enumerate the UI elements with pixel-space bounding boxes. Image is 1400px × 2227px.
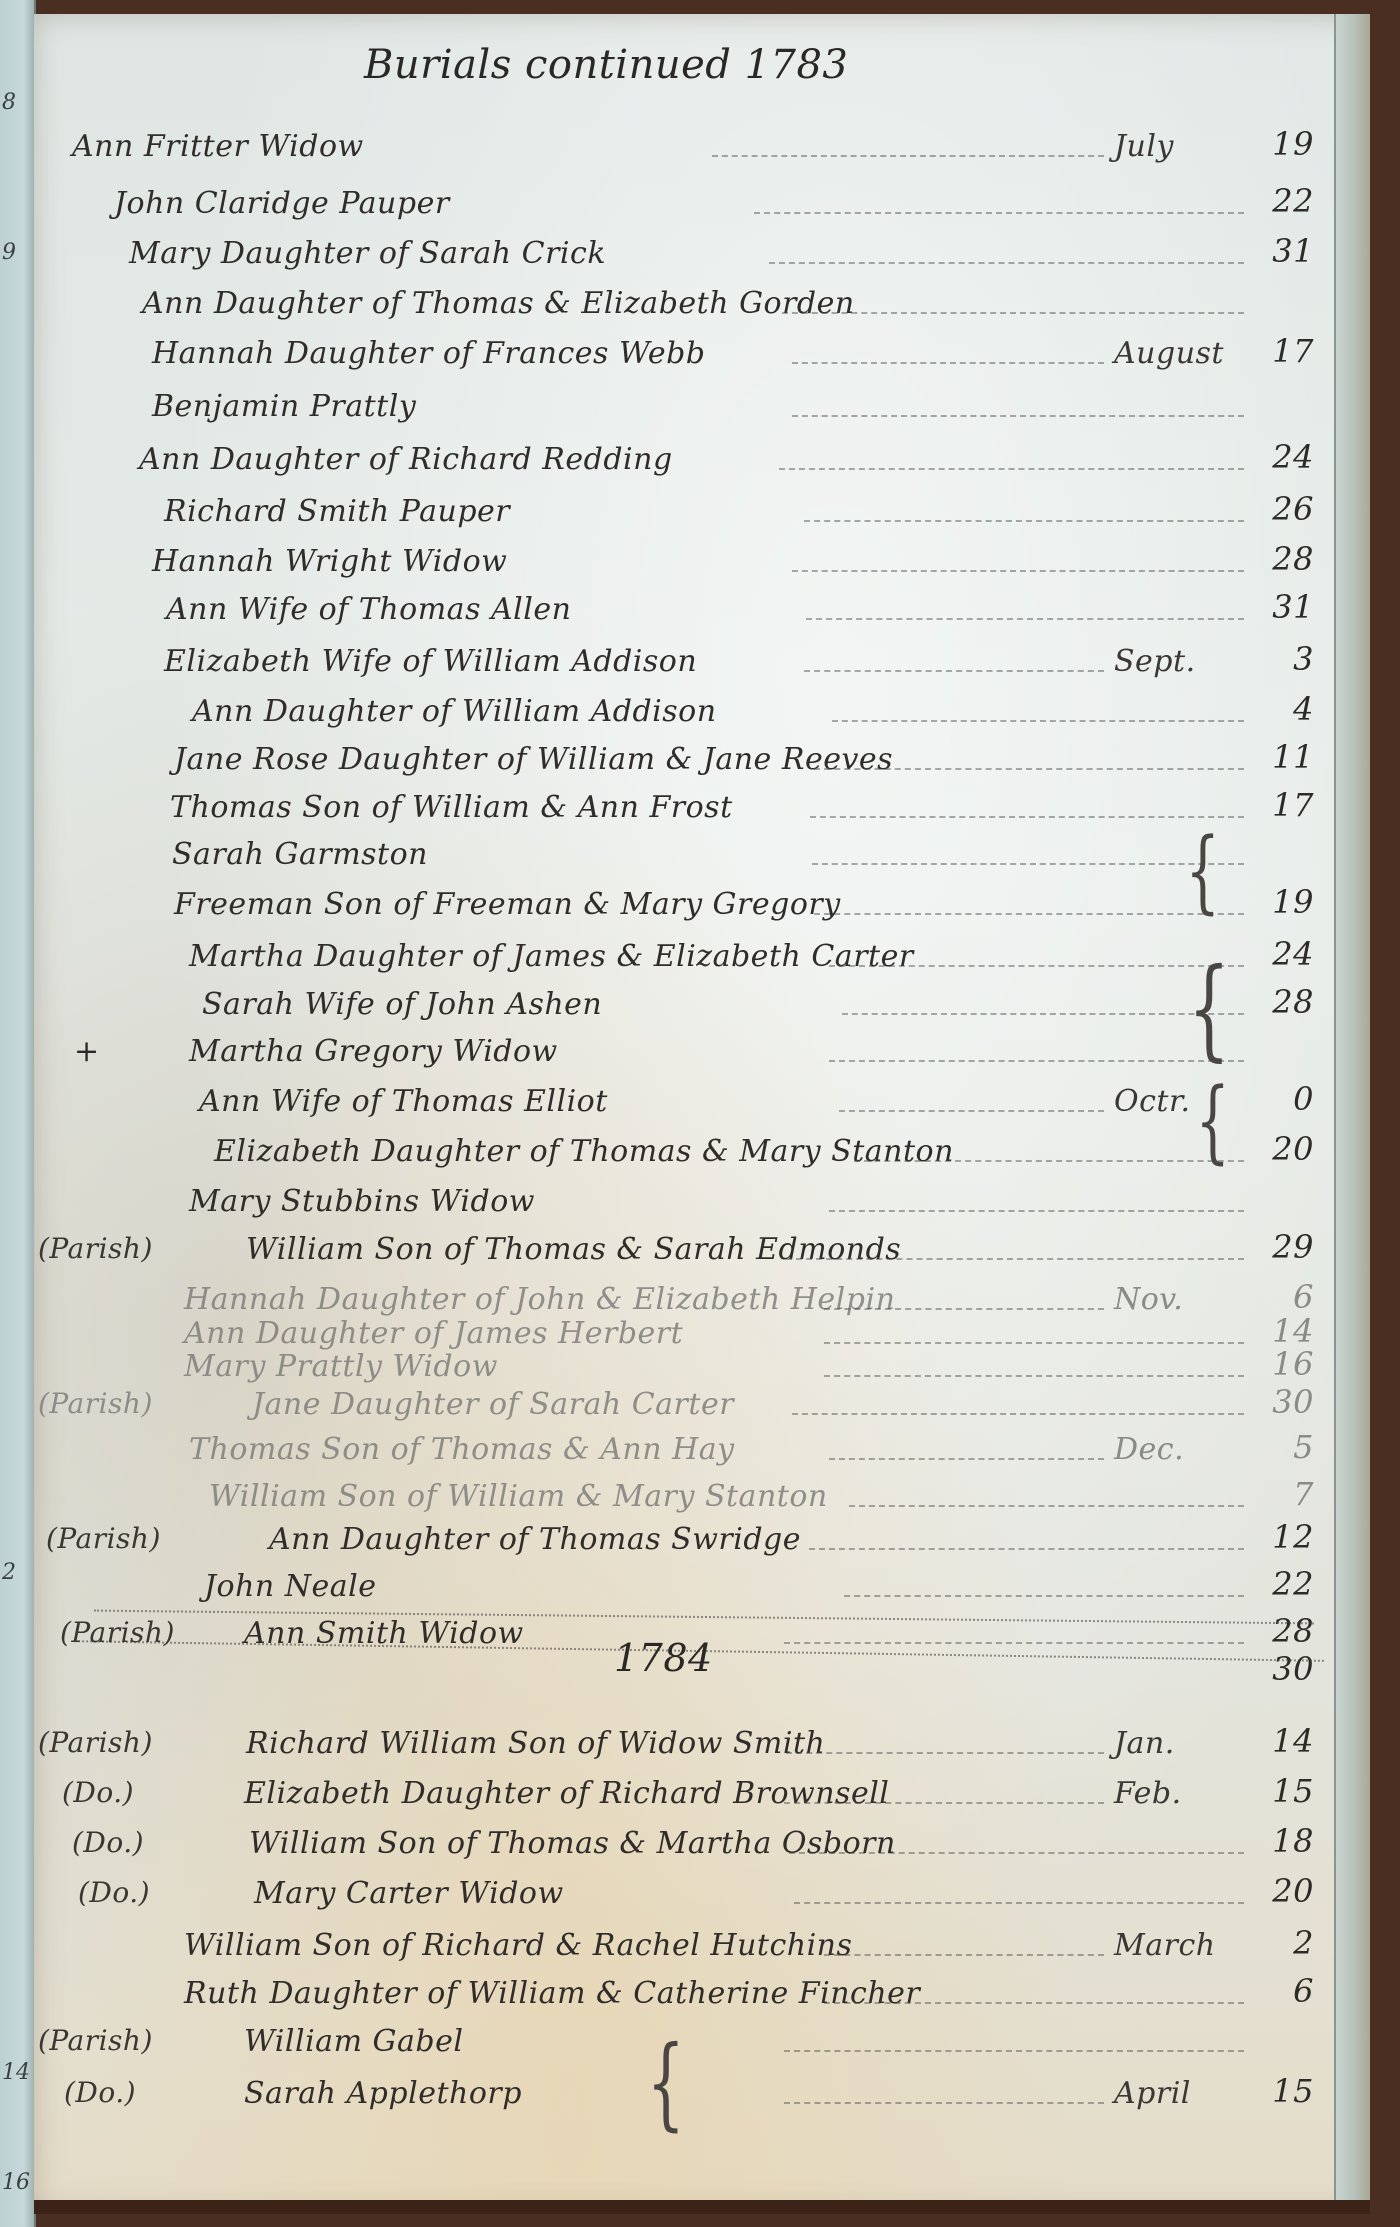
burial-name: Martha Daughter of James & Elizabeth Car… — [189, 939, 914, 974]
burial-month: July — [1114, 129, 1174, 164]
facing-page-mark: 2 — [2, 1560, 16, 1585]
burial-name: Mary Carter Widow — [254, 1876, 564, 1911]
burial-name: Ann Wife of Thomas Elliot — [199, 1084, 608, 1119]
burial-day: 4 — [1254, 690, 1314, 728]
margin-annotation: (Parish) — [38, 2024, 153, 2057]
burial-day: 0 — [1254, 1080, 1314, 1118]
leader-dashes — [784, 1802, 1104, 1804]
leader-dashes — [829, 1458, 1104, 1460]
burial-day: 24 — [1254, 438, 1314, 476]
year-heading-1784: 1784 — [614, 1636, 713, 1680]
leader-dashes — [804, 520, 1244, 522]
burial-entry: (Parish)Ann Daughter of Thomas Swridge12 — [34, 1522, 1334, 1562]
burial-name: Hannah Wright Widow — [152, 544, 507, 579]
leader-dashes — [809, 1548, 1244, 1550]
leader-dashes — [814, 768, 1244, 770]
burial-name: Elizabeth Daughter of Thomas & Mary Stan… — [214, 1134, 954, 1169]
facing-page-edge: 8 9 2 14 16 — [0, 0, 36, 2227]
burial-day: 28 — [1254, 1612, 1314, 1650]
leader-dashes — [824, 2002, 1244, 2004]
leader-dashes — [784, 2050, 1244, 2052]
leader-dashes — [829, 965, 1244, 967]
burial-entry: Hannah Daughter of Frances WebbAugust17 — [34, 336, 1334, 376]
leader-dashes — [824, 1375, 1244, 1377]
leader-dashes — [824, 1342, 1244, 1344]
leader-dashes — [810, 816, 1244, 818]
burial-name: Ann Daughter of William Addison — [192, 694, 717, 729]
burial-name: Mary Stubbins Widow — [189, 1184, 535, 1219]
burial-name: Thomas Son of William & Ann Frost — [170, 790, 733, 825]
burial-entry: (Parish)William Son of Thomas & Sarah Ed… — [34, 1232, 1334, 1272]
burial-name: Richard William Son of Widow Smith — [246, 1726, 825, 1761]
burial-month: August — [1114, 336, 1224, 371]
burial-day: 20 — [1254, 1130, 1314, 1168]
burial-day: 30 — [1254, 1650, 1314, 1688]
leader-dashes — [754, 212, 1244, 214]
leader-dashes — [832, 720, 1244, 722]
leader-dashes — [854, 1160, 1244, 1162]
burial-entry: +Martha Gregory Widow — [34, 1034, 1334, 1074]
burial-entry: Hannah Wright Widow28 — [34, 544, 1334, 584]
burial-month: Sept. — [1114, 644, 1196, 679]
leader-dashes — [792, 570, 1244, 572]
burial-day: 20 — [1254, 1872, 1314, 1910]
leader-dashes — [779, 468, 1244, 470]
facing-page-mark: 8 — [2, 90, 16, 115]
burial-entry: Thomas Son of Thomas & Ann HayDec.5 — [34, 1432, 1334, 1472]
leader-dashes — [794, 1902, 1244, 1904]
burial-name: Sarah Applethorp — [244, 2076, 522, 2111]
burial-entry: Ruth Daughter of William & Catherine Fin… — [34, 1976, 1334, 2016]
burial-day: 15 — [1254, 2072, 1314, 2110]
burial-entry: William Son of William & Mary Stanton7 — [34, 1479, 1334, 1519]
burial-name: William Gabel — [244, 2024, 463, 2059]
burial-entry: Ann Daughter of Thomas & Elizabeth Gorde… — [34, 286, 1334, 326]
margin-annotation: (Parish) — [60, 1616, 175, 1649]
burial-name: Mary Prattly Widow — [184, 1349, 498, 1384]
leader-dashes — [806, 618, 1244, 620]
leader-dashes — [844, 1595, 1244, 1597]
burial-entry: Ann Wife of Thomas Allen31 — [34, 592, 1334, 632]
burial-name: Benjamin Prattly — [152, 389, 416, 424]
register-page: Burials continued 1783 Ann Fritter Widow… — [34, 14, 1370, 2214]
burial-day: 22 — [1254, 182, 1314, 220]
leader-dashes — [712, 155, 1104, 157]
page-title: Burials continued 1783 — [364, 42, 848, 88]
margin-annotation: (Parish) — [38, 1726, 153, 1759]
burial-name: Richard Smith Pauper — [164, 494, 510, 529]
burial-name: Ann Wife of Thomas Allen — [166, 592, 571, 627]
burial-name: Martha Gregory Widow — [189, 1034, 558, 1069]
burial-month: Feb. — [1114, 1776, 1182, 1811]
burial-name: Sarah Garmston — [172, 837, 428, 872]
leader-dashes — [792, 415, 1244, 417]
burial-name: Ann Fritter Widow — [72, 129, 364, 164]
burial-day: 6 — [1254, 1278, 1314, 1316]
burial-name: John Claridge Pauper — [114, 186, 450, 221]
burial-name: Elizabeth Daughter of Richard Brownsell — [244, 1776, 889, 1811]
leader-dashes — [829, 1210, 1244, 1212]
burial-name: Ann Daughter of James Herbert — [184, 1316, 683, 1351]
burial-entry: Ann Daughter of William Addison4 — [34, 694, 1334, 734]
margin-cross-mark: + — [74, 1034, 100, 1069]
entry-brace: { — [647, 2024, 685, 2141]
burial-entry: Benjamin Prattly — [34, 389, 1334, 429]
burial-entry: (Parish)Jane Daughter of Sarah Carter30 — [34, 1387, 1334, 1427]
burial-day: 22 — [1254, 1565, 1314, 1603]
burial-name: Sarah Wife of John Ashen — [202, 987, 602, 1022]
margin-annotation: (Parish) — [38, 1232, 153, 1265]
margin-annotation: (Do.) — [72, 1826, 144, 1859]
burial-name: Jane Daughter of Sarah Carter — [252, 1387, 734, 1422]
burial-day: 6 — [1254, 1972, 1314, 2010]
burial-name: Ruth Daughter of William & Catherine Fin… — [184, 1976, 920, 2011]
burial-entry: Mary Daughter of Sarah Crick31 — [34, 236, 1334, 276]
burial-entry: (Do.)Mary Carter Widow20 — [34, 1876, 1334, 1916]
leader-dashes — [792, 1413, 1244, 1415]
burial-name: Ann Daughter of Richard Redding — [139, 442, 673, 477]
leader-dashes — [789, 1852, 1244, 1854]
leader-dashes — [824, 1954, 1104, 1956]
leader-dashes — [792, 362, 1104, 364]
burial-entry: (Do.)William Son of Thomas & Martha Osbo… — [34, 1826, 1334, 1866]
burial-name: Hannah Daughter of John & Elizabeth Help… — [184, 1282, 895, 1317]
margin-annotation: (Do.) — [64, 2076, 136, 2109]
burial-entry: Sarah Wife of John Ashen28 — [34, 987, 1334, 1027]
margin-annotation: (Do.) — [78, 1876, 150, 1909]
burial-day: 31 — [1254, 232, 1314, 270]
burial-day: 12 — [1254, 1518, 1314, 1556]
burial-entry: John Claridge Pauper22 — [34, 186, 1334, 226]
burial-entry: Richard Smith Pauper26 — [34, 494, 1334, 534]
leader-dashes — [784, 1642, 1244, 1644]
burial-month: Octr. — [1114, 1084, 1191, 1119]
burial-entry: Ann Daughter of Richard Redding24 — [34, 442, 1334, 482]
leader-dashes — [839, 1110, 1104, 1112]
burial-name: Freeman Son of Freeman & Mary Gregory — [174, 887, 841, 922]
burial-name: William Son of William & Mary Stanton — [209, 1479, 828, 1514]
leader-dashes — [814, 913, 1244, 915]
margin-annotation: (Do.) — [62, 1776, 134, 1809]
burial-day: 28 — [1254, 983, 1314, 1021]
burial-name: Ann Daughter of Thomas & Elizabeth Gorde… — [142, 286, 855, 321]
burial-month: April — [1114, 2076, 1191, 2111]
burial-day: 15 — [1254, 1772, 1314, 1810]
burial-day: 16 — [1254, 1345, 1314, 1383]
burial-name: Thomas Son of Thomas & Ann Hay — [189, 1432, 735, 1467]
date-brace: { — [1195, 1069, 1229, 1174]
burial-name: Ann Daughter of Thomas Swridge — [269, 1522, 801, 1557]
burial-entry: Elizabeth Daughter of Thomas & Mary Stan… — [34, 1134, 1334, 1174]
burial-entry: Jane Rose Daughter of William & Jane Ree… — [34, 742, 1334, 782]
burial-name: William Son of Thomas & Sarah Edmonds — [246, 1232, 901, 1267]
burial-day: 31 — [1254, 588, 1314, 626]
leader-dashes — [829, 1060, 1244, 1062]
burial-name: William Son of Richard & Rachel Hutchins — [184, 1928, 852, 1963]
leader-dashes — [812, 863, 1244, 865]
burial-name: Mary Daughter of Sarah Crick — [129, 236, 606, 271]
burial-entry: Mary Prattly Widow16 — [34, 1349, 1334, 1389]
burial-month: Jan. — [1114, 1726, 1175, 1761]
burial-day: 19 — [1254, 125, 1314, 163]
page-fore-edge — [1334, 14, 1370, 2214]
burial-entry: Ann Wife of Thomas ElliotOctr.0 — [34, 1084, 1334, 1124]
facing-page-mark: 16 — [2, 2170, 30, 2195]
burial-entry: (Parish)Richard William Son of Widow Smi… — [34, 1726, 1334, 1766]
burial-day: 29 — [1254, 1228, 1314, 1266]
burial-name: Jane Rose Daughter of William & Jane Ree… — [174, 742, 893, 777]
burial-entry: Mary Stubbins Widow — [34, 1184, 1334, 1224]
burial-entry: Thomas Son of William & Ann Frost17 — [34, 790, 1334, 830]
leader-dashes — [782, 312, 1244, 314]
burial-day: 7 — [1254, 1475, 1314, 1513]
leader-dashes — [784, 2102, 1104, 2104]
burial-name: William Son of Thomas & Martha Osborn — [249, 1826, 896, 1861]
scanned-register: 8 9 2 14 16 Burials continued 1783 Ann F… — [0, 0, 1400, 2227]
burial-day: 5 — [1254, 1428, 1314, 1466]
burial-day: 17 — [1254, 332, 1314, 370]
date-brace: { — [1185, 819, 1219, 924]
leader-dashes — [786, 1752, 1104, 1754]
burial-entry: Elizabeth Wife of William AddisonSept.3 — [34, 644, 1334, 684]
burial-name: John Neale — [204, 1569, 377, 1604]
burial-month: March — [1114, 1928, 1216, 1963]
burial-entry: (Do.)Elizabeth Daughter of Richard Brown… — [34, 1776, 1334, 1816]
burial-entry: Ann Fritter WidowJuly19 — [34, 129, 1334, 169]
leader-dashes — [804, 670, 1104, 672]
burial-name: Elizabeth Wife of William Addison — [164, 644, 697, 679]
leader-dashes — [849, 1505, 1244, 1507]
burial-day: 18 — [1254, 1822, 1314, 1860]
burial-entry: John Neale22 — [34, 1569, 1334, 1609]
burial-day: 28 — [1254, 540, 1314, 578]
burial-day: 17 — [1254, 786, 1314, 824]
burial-name: Hannah Daughter of Frances Webb — [152, 336, 706, 371]
leader-dashes — [769, 262, 1244, 264]
margin-annotation: (Parish) — [38, 1387, 153, 1420]
burial-day: 19 — [1254, 883, 1314, 921]
burial-day: 26 — [1254, 490, 1314, 528]
burial-entry: Sarah Garmston — [34, 837, 1334, 877]
burial-entry: Freeman Son of Freeman & Mary Gregory19 — [34, 887, 1334, 927]
burial-entry: Martha Daughter of James & Elizabeth Car… — [34, 939, 1334, 979]
burial-day: 3 — [1254, 640, 1314, 678]
date-brace: { — [1188, 944, 1230, 1072]
facing-page-mark: 9 — [2, 240, 16, 265]
burial-day: 11 — [1254, 738, 1314, 776]
burial-day: 30 — [1254, 1383, 1314, 1421]
facing-page-mark: 14 — [2, 2060, 30, 2085]
leader-dashes — [824, 1308, 1104, 1310]
burial-month: Dec. — [1114, 1432, 1184, 1467]
burial-day: 24 — [1254, 935, 1314, 973]
page-bottom-edge — [34, 2200, 1370, 2214]
leader-dashes — [842, 1013, 1244, 1015]
burial-entry: William Son of Richard & Rachel Hutchins… — [34, 1928, 1334, 1968]
burial-month: Nov. — [1114, 1282, 1183, 1317]
burial-day: 14 — [1254, 1722, 1314, 1760]
margin-annotation: (Parish) — [46, 1522, 161, 1555]
leader-dashes — [786, 1258, 1244, 1260]
burial-day: 2 — [1254, 1924, 1314, 1962]
